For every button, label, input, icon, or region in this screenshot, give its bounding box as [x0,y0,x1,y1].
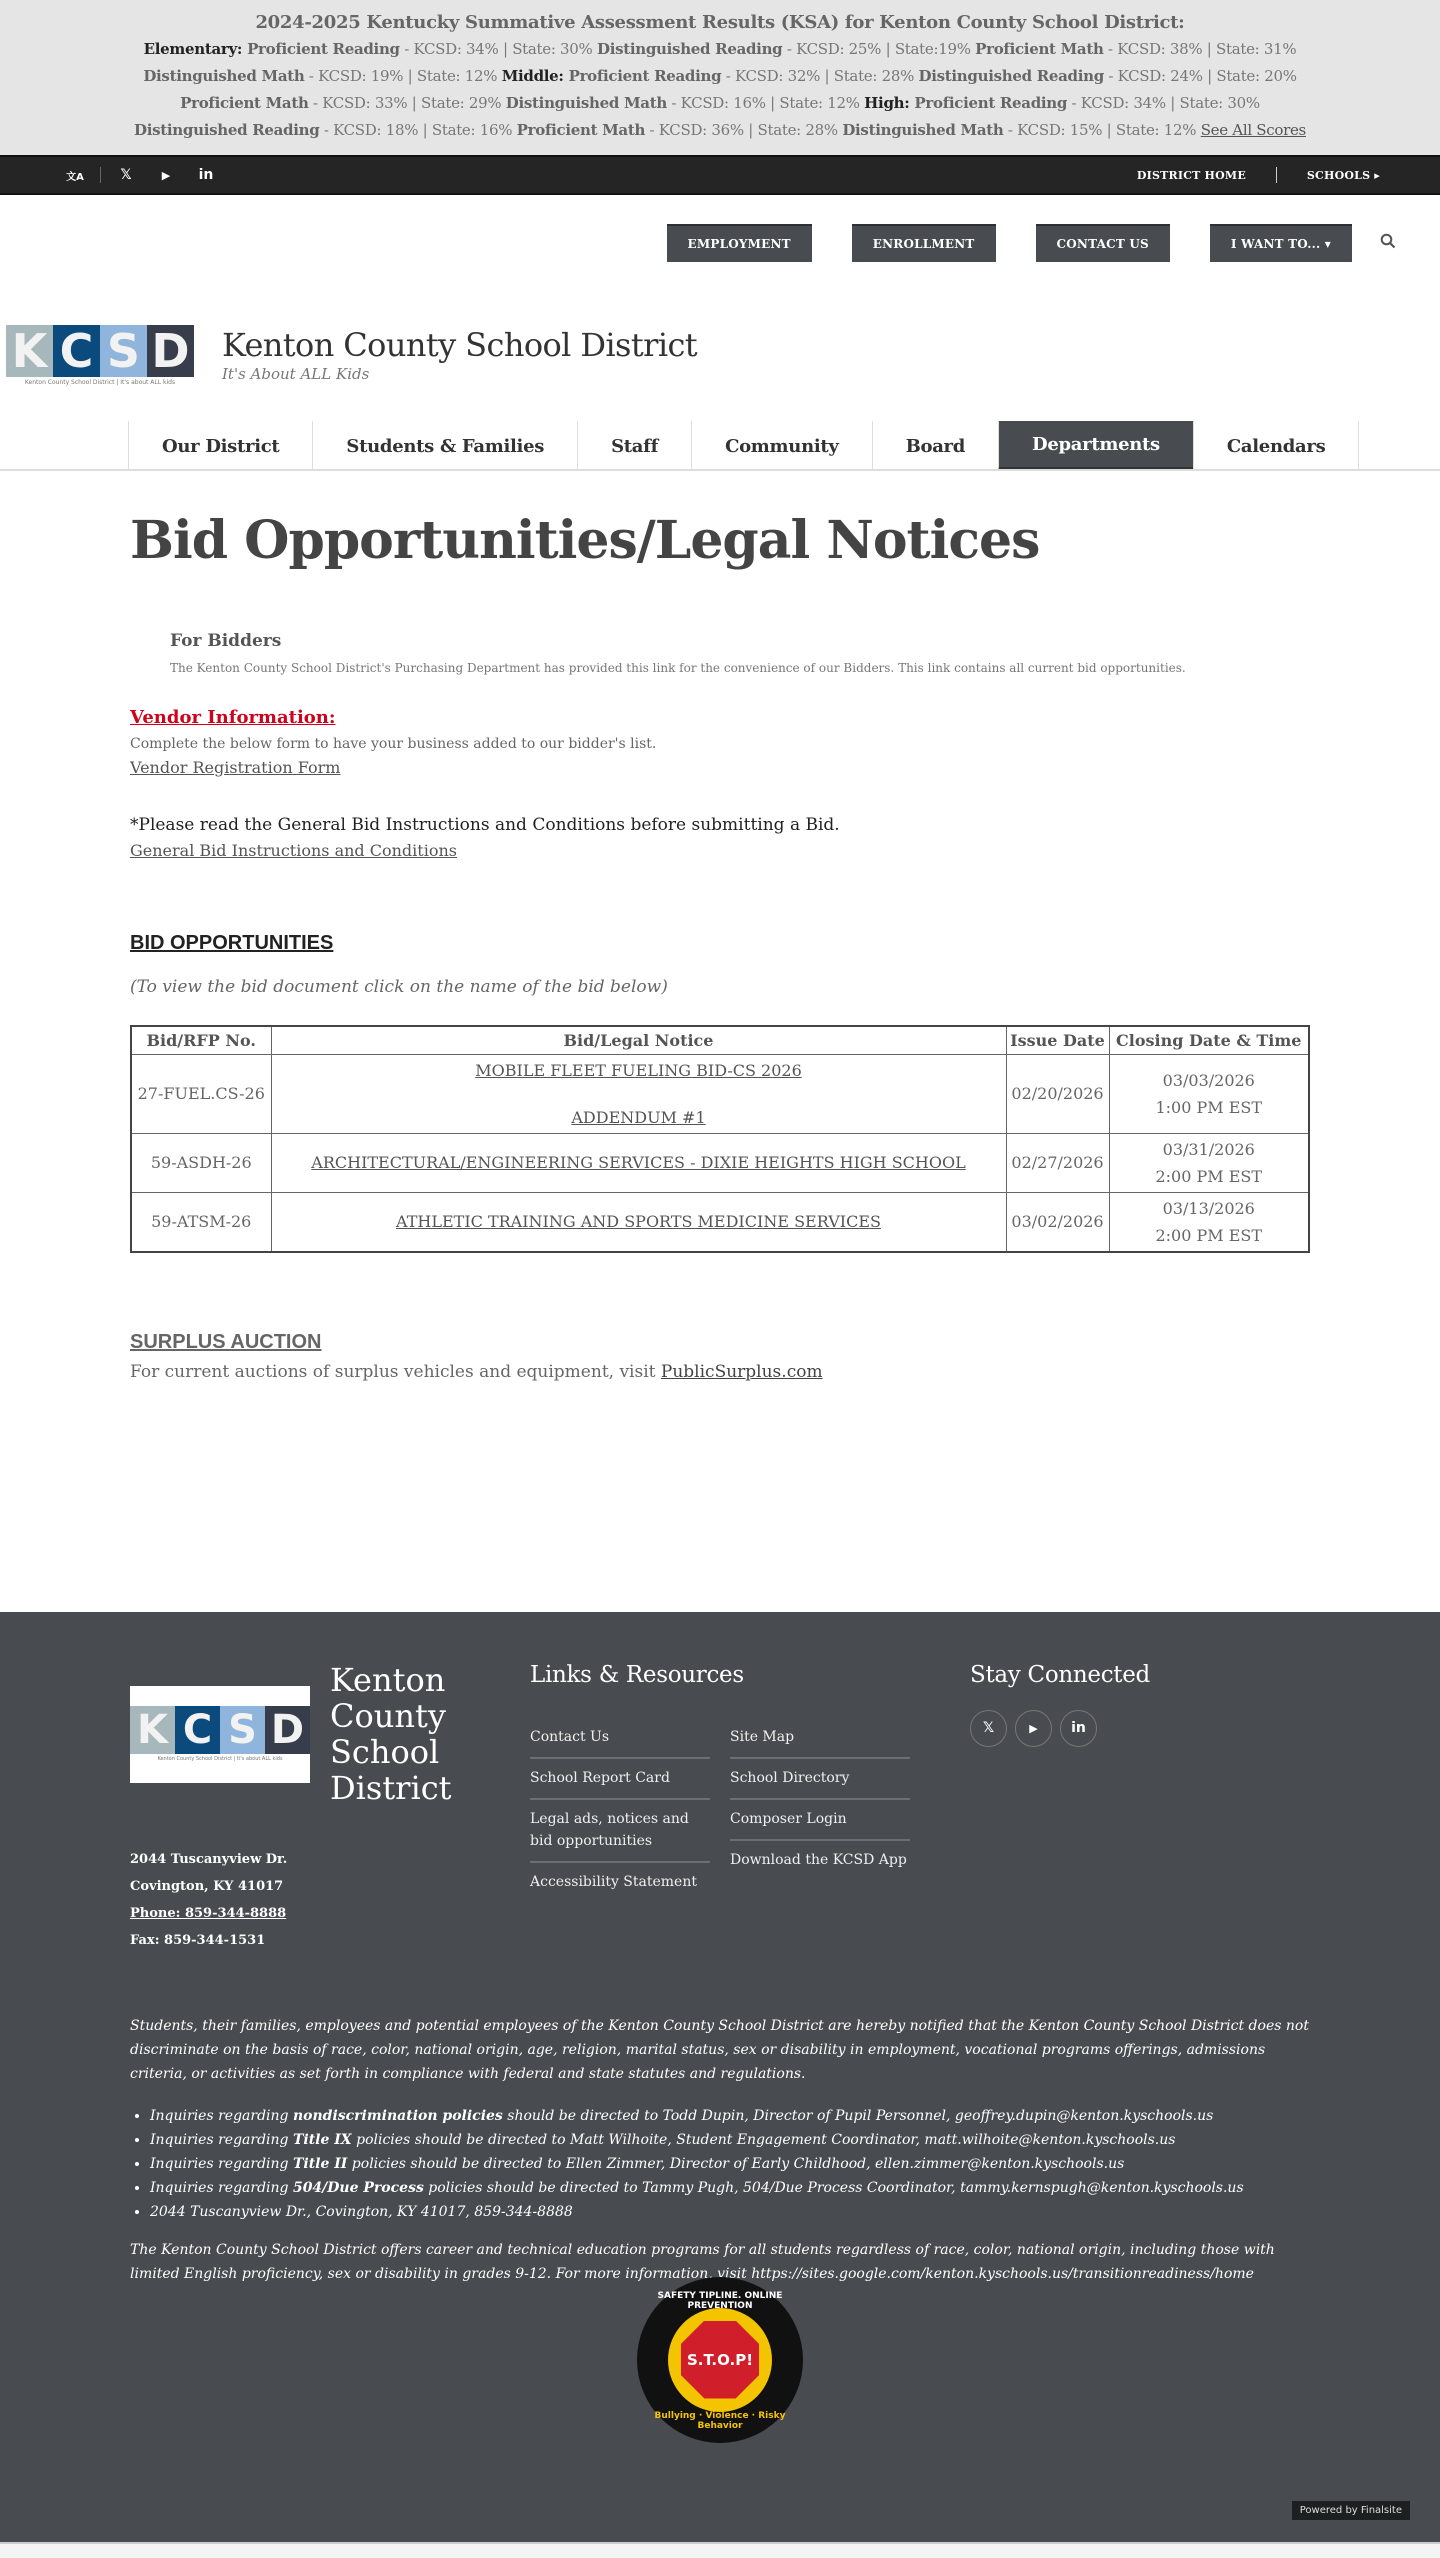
ksa-text: Proficient Reading [247,40,400,58]
for-bidders-heading: For Bidders [170,631,1310,651]
logo-letter: K [6,325,53,377]
bid-notice-cell: ARCHITECTURAL/ENGINEERING SERVICES - DIX… [271,1133,1006,1192]
nav-item-staff[interactable]: Staff [577,421,691,471]
for-bidders-text: The Kenton County School District's Purc… [170,661,1310,675]
ksa-text: Distinguished Math [143,67,304,85]
divider [1276,167,1277,183]
bid-notice-cell: MOBILE FLEET FUELING BID-CS 2026ADDENDUM… [271,1054,1006,1133]
ksa-text: Distinguished Reading [597,40,782,58]
x-twitter-icon[interactable]: 𝕏 [115,164,137,186]
ksa-text: - KCSD: 25% | State:19% [782,40,975,58]
ksa-text: - KCSD: 15% | State: 12% [1003,121,1200,139]
site-footer: KCSD Kenton County School District | It'… [0,1612,1440,2542]
bid-number: 59-ASDH-26 [131,1133,271,1192]
legal-text: should be directed to Todd Dupin, Direct… [503,2108,1214,2124]
ksa-alert-banner: 2024-2025 Kentucky Summative Assessment … [0,0,1440,155]
legal-inquiry-item: Inquiries regarding nondiscrimination po… [150,2104,1310,2128]
address-line-2: Covington, KY 41017 [130,1873,530,1900]
bid-opportunities-heading: BID OPPORTUNITIES [130,932,1310,955]
legal-policy-name: Title II [293,2156,347,2172]
site-name[interactable]: Kenton County School District [222,327,697,363]
logo-letter: D [147,325,194,377]
issue-date: 02/27/2026 [1006,1133,1109,1192]
vendor-information-text: Complete the below form to have your bus… [130,736,1310,752]
legal-inquiry-item: 2044 Tuscanyview Dr., Covington, KY 4101… [150,2200,1310,2224]
ksa-level-label: Elementary: [144,40,247,58]
footer-logo-letter: S [220,1706,265,1754]
closing-date-time: 03/03/20261:00 PM EST [1109,1054,1309,1133]
linkedin-icon[interactable]: in [1060,1710,1097,1747]
stop-badge-top-text: SAFETY TIPLINE. ONLINE PREVENTION [637,2291,803,2311]
nav-item-our-district[interactable]: Our District [128,421,312,471]
x-twitter-icon[interactable]: 𝕏 [970,1710,1007,1747]
utility-bar: 文A 𝕏 ▶ in DISTRICT HOME SCHOOLS ▸ [0,155,1440,195]
youtube-icon[interactable]: ▶ [1015,1710,1052,1747]
social-heading: Stay Connected [970,1662,1150,1688]
legal-intro: Students, their families, employees and … [130,2014,1310,2086]
main-nav: Our DistrictStudents & FamiliesStaffComm… [128,421,1359,471]
ksa-text: Proficient Math [517,121,645,139]
logo-letter: S [100,325,147,377]
nav-item-board[interactable]: Board [872,421,998,471]
footer-logo-letter: C [175,1706,220,1754]
closing-date-time: 03/13/20262:00 PM EST [1109,1192,1309,1252]
footer-link-school-report-card[interactable]: School Report Card [530,1759,710,1800]
footer-link-accessibility-statement[interactable]: Accessibility Statement [530,1863,710,1902]
ksa-line: Distinguished Math - KCSD: 19% | State: … [0,63,1440,90]
bid-instructions-note: *Please read the General Bid Instruction… [130,815,1310,835]
for-bidders-section: For Bidders The Kenton County School Dis… [130,631,1310,675]
legal-text: policies should be directed to Tammy Pug… [424,2180,1244,2196]
ksa-text: Distinguished Math [506,94,667,112]
site-header: EMPLOYMENT ENROLLMENT CONTACT US I WANT … [0,195,1440,475]
ksa-text: - KCSD: 38% | State: 31% [1104,40,1297,58]
closing-date: 03/31/2026 [1114,1136,1305,1163]
header-buttons: EMPLOYMENT ENROLLMENT CONTACT US I WANT … [627,224,1396,262]
closing-date: 03/13/2026 [1114,1195,1305,1222]
legal-policy-name: 504/Due Process [293,2180,424,2196]
nav-divider [0,469,1440,471]
i-want-to-dropdown[interactable]: I WANT TO... ▾ [1210,224,1352,262]
footer-kcsd-logo[interactable]: KCSD Kenton County School District | It'… [130,1686,310,1783]
bid-number: 59-ATSM-26 [131,1192,271,1252]
col-header-issue-date: Issue Date [1006,1026,1109,1054]
legal-policy-name: Title IX [293,2132,352,2148]
bid-opportunities-subtitle: (To view the bid document click on the n… [130,977,1310,997]
logo-letter: C [53,325,100,377]
ksa-level-label: Middle: [502,67,569,85]
footer-links: Links & Resources Contact UsSchool Repor… [530,1662,970,1954]
powered-by-finalsite[interactable]: Powered by Finalsite [1292,2501,1410,2520]
public-surplus-link[interactable]: PublicSurplus.com [661,1362,823,1382]
ksa-text: Proficient Math [975,40,1103,58]
contact-us-button[interactable]: CONTACT US [1036,224,1170,262]
surplus-text: For current auctions of surplus vehicles… [130,1362,661,1382]
table-row: 27-FUEL.CS-26MOBILE FLEET FUELING BID-CS… [131,1054,1309,1133]
site-tagline: It's About ALL Kids [222,365,697,383]
divider [100,167,101,183]
links-heading: Links & Resources [530,1662,970,1688]
ksa-text: Distinguished Reading [919,67,1104,85]
see-all-scores-link[interactable]: See All Scores [1201,121,1306,139]
col-header-bid-no: Bid/RFP No. [131,1026,271,1054]
nav-item-departments[interactable]: Departments [998,421,1193,471]
general-bid-instructions-link[interactable]: General Bid Instructions and Conditions [130,841,457,860]
table-row: 59-ATSM-26ATHLETIC TRAINING AND SPORTS M… [131,1192,1309,1252]
footer-address: 2044 Tuscanyview Dr. Covington, KY 41017… [130,1846,530,1954]
ksa-text: - KCSD: 18% | State: 16% [319,121,516,139]
linkedin-icon[interactable]: in [195,164,217,186]
closing-time: 1:00 PM EST [1114,1094,1305,1121]
bid-document-link[interactable]: MOBILE FLEET FUELING BID-CS 2026 [475,1061,802,1080]
page-bottom-strip [0,2542,1440,2558]
vendor-information-heading[interactable]: Vendor Information: [130,707,1310,728]
legal-text: Inquiries regarding [150,2156,293,2172]
ksa-text: - KCSD: 36% | State: 28% [645,121,842,139]
col-header-notice: Bid/Legal Notice [271,1026,1006,1054]
stop-sign-icon: S.T.O.P! [681,2321,759,2399]
footer-link-composer-login[interactable]: Composer Login [730,1800,910,1841]
ksa-text: Proficient Reading [914,94,1067,112]
footer-link-legal-ads-notices-and-bid-opportunities[interactable]: Legal ads, notices and bid opportunities [530,1800,710,1863]
ksa-text: - KCSD: 16% | State: 12% [667,94,864,112]
ksa-results: Elementary: Proficient Reading - KCSD: 3… [0,36,1440,144]
bid-notice-cell: ATHLETIC TRAINING AND SPORTS MEDICINE SE… [271,1192,1006,1252]
ksa-text: - KCSD: 34% | State: 30% [400,40,597,58]
footer-link-download-the-kcsd-app[interactable]: Download the KCSD App [730,1841,910,1880]
surplus-auction-heading: SURPLUS AUCTION [130,1331,1310,1354]
ksa-text: Distinguished Math [842,121,1003,139]
legal-text: Inquiries regarding [150,2180,293,2196]
ksa-text: - KCSD: 24% | State: 20% [1104,67,1297,85]
bid-document-link[interactable]: ADDENDUM #1 [571,1108,705,1127]
bid-number: 27-FUEL.CS-26 [131,1054,271,1133]
footer-link-site-map[interactable]: Site Map [730,1718,910,1759]
legal-inquiry-item: Inquiries regarding Title II policies sh… [150,2152,1310,2176]
ksa-line: Elementary: Proficient Reading - KCSD: 3… [0,36,1440,63]
address-line-1: 2044 Tuscanyview Dr. [130,1846,530,1873]
ksa-level-label: High: [864,94,914,112]
closing-date-time: 03/31/20262:00 PM EST [1109,1133,1309,1192]
closing-time: 2:00 PM EST [1114,1222,1305,1249]
legal-text: policies should be directed to Ellen Zim… [347,2156,1124,2172]
youtube-icon[interactable]: ▶ [155,164,177,186]
legal-inquiry-item: Inquiries regarding 504/Due Process poli… [150,2176,1310,2200]
district-home-link[interactable]: DISTRICT HOME [1137,169,1246,182]
translate-icon[interactable]: 文A [64,164,86,186]
phone-link[interactable]: Phone: 859-344-8888 [130,1900,530,1927]
closing-time: 2:00 PM EST [1114,1163,1305,1190]
schools-menu-link[interactable]: SCHOOLS ▸ [1307,169,1380,182]
bid-document-link[interactable]: ARCHITECTURAL/ENGINEERING SERVICES - DIX… [311,1153,965,1172]
logo-tagline: Kenton County School District | It's abo… [6,377,194,386]
stop-tipline-badge[interactable]: SAFETY TIPLINE. ONLINE PREVENTION S.T.O.… [637,2277,803,2443]
ksa-text: Distinguished Reading [134,121,319,139]
footer-logo-tagline: Kenton County School District | It's abo… [157,1756,282,1762]
ksa-text: - KCSD: 34% | State: 30% [1067,94,1260,112]
search-icon[interactable] [1380,233,1396,253]
ksa-text: Proficient Math [180,94,308,112]
ksa-line: Distinguished Reading - KCSD: 18% | Stat… [0,117,1440,144]
ksa-text: - KCSD: 33% | State: 29% [309,94,506,112]
employment-button[interactable]: EMPLOYMENT [667,224,812,262]
table-header-row: Bid/RFP No. Bid/Legal Notice Issue Date … [131,1026,1309,1054]
legal-text: Inquiries regarding [150,2108,293,2124]
ksa-text: - KCSD: 32% | State: 28% [721,67,918,85]
footer-link-contact-us[interactable]: Contact Us [530,1718,710,1759]
issue-date: 02/20/2026 [1006,1054,1109,1133]
vendor-registration-form-link[interactable]: Vendor Registration Form [130,758,340,777]
legal-inquiry-item: Inquiries regarding Title IX policies sh… [150,2128,1310,2152]
col-header-closing: Closing Date & Time [1109,1026,1309,1054]
nav-item-calendars[interactable]: Calendars [1193,421,1360,471]
closing-date: 03/03/2026 [1114,1067,1305,1094]
surplus-auction-text: For current auctions of surplus vehicles… [130,1362,1310,1382]
footer-social: Stay Connected 𝕏 ▶ in [970,1662,1150,1954]
enrollment-button[interactable]: ENROLLMENT [852,224,996,262]
footer-logo-letter: K [130,1706,175,1754]
ksa-line: Proficient Math - KCSD: 33% | State: 29%… [0,90,1440,117]
legal-text: Inquiries regarding [150,2132,293,2148]
legal-inquiries-list: Inquiries regarding nondiscrimination po… [150,2104,1310,2224]
legal-text: 2044 Tuscanyview Dr., Covington, KY 4101… [150,2204,573,2220]
stop-badge-bottom-text: Bullying · Violence · Risky Behavior [637,2411,803,2431]
page-title: Bid Opportunities/Legal Notices [130,509,1310,573]
legal-policy-name: nondiscrimination policies [293,2108,503,2124]
footer-link-school-directory[interactable]: School Directory [730,1759,910,1800]
fax-number: Fax: 859-344-1531 [130,1927,530,1954]
table-row: 59-ASDH-26ARCHITECTURAL/ENGINEERING SERV… [131,1133,1309,1192]
ksa-text: - KCSD: 19% | State: 12% [304,67,501,85]
nav-item-students-families[interactable]: Students & Families [312,421,577,471]
footer-logo-letter: D [265,1706,310,1754]
legal-text: policies should be directed to Matt Wilh… [352,2132,1176,2148]
nondiscrimination-notice: Students, their families, employees and … [130,2014,1310,2286]
ksa-text: Proficient Reading [569,67,722,85]
bid-table: Bid/RFP No. Bid/Legal Notice Issue Date … [130,1025,1310,1253]
footer-site-name: Kenton County School District [330,1662,530,1806]
nav-item-community[interactable]: Community [691,421,872,471]
main-content: Bid Opportunities/Legal Notices For Bidd… [0,509,1440,1382]
kcsd-logo[interactable]: KCSD Kenton County School District | It'… [6,325,194,389]
issue-date: 03/02/2026 [1006,1192,1109,1252]
ksa-title: 2024-2025 Kentucky Summative Assessment … [0,10,1440,36]
bid-document-link[interactable]: ATHLETIC TRAINING AND SPORTS MEDICINE SE… [396,1212,881,1231]
